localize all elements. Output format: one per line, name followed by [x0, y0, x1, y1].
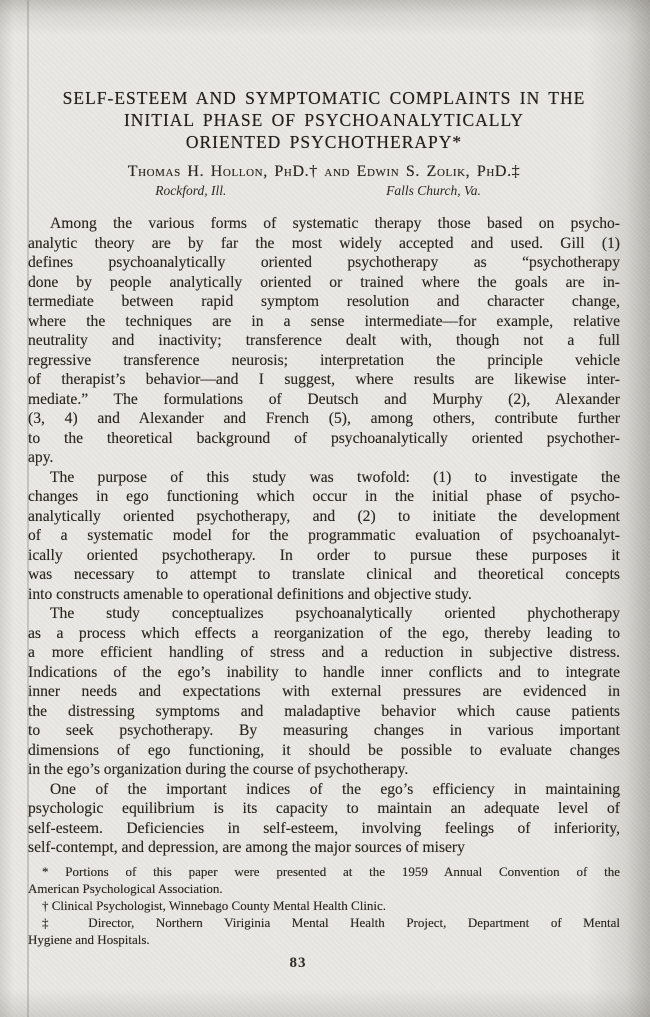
text-line: ‡ Director, Northern Viriginia Mental He… — [28, 914, 620, 931]
text-line: regressive transference neurosis; interp… — [28, 351, 620, 371]
text-line: done by people analytically oriented or … — [28, 273, 620, 293]
text-line: of a systematic model for the programmat… — [28, 526, 620, 546]
text-line: Among the various forms of systematic th… — [28, 214, 620, 234]
text-line: where the techniques are in a sense inte… — [28, 312, 620, 332]
page-number: 83 — [2, 955, 594, 972]
text-line: defines psychoanalytically oriented psyc… — [28, 253, 620, 273]
affiliation-right: Falls Church, Va. — [386, 182, 481, 199]
text-line: to seek psychotherapy. By measuring chan… — [28, 721, 620, 741]
body-text: Among the various forms of systematic th… — [28, 214, 620, 858]
footnote: * Portions of this paper were presented … — [28, 863, 620, 897]
text-line: termediate between rapid symptom resolut… — [28, 292, 620, 312]
text-line: into constructs amenable to operational … — [28, 585, 620, 605]
scanned-paper-page: SELF-ESTEEM AND SYMPTOMATIC COMPLAINTS I… — [0, 0, 650, 1017]
text-line: † Clinical Psychologist, Winnebago Count… — [28, 897, 620, 914]
text-line: * Portions of this paper were presented … — [28, 863, 620, 880]
text-line: analytically oriented psychotherapy, and… — [28, 507, 620, 527]
text-line: ically oriented psychotherapy. In order … — [28, 546, 620, 566]
text-line: neutrality and inactivity; transference … — [28, 331, 620, 351]
paragraph: The purpose of this study was twofold: (… — [28, 468, 620, 605]
text-line: American Psychological Association. — [28, 880, 620, 897]
title-line: ORIENTED PSYCHOTHERAPY* — [28, 131, 620, 153]
title-line: SELF-ESTEEM AND SYMPTOMATIC COMPLAINTS I… — [28, 87, 620, 109]
text-line: to the theoretical background of psychoa… — [28, 429, 620, 449]
footnotes: * Portions of this paper were presented … — [28, 863, 620, 948]
text-line: The purpose of this study was twofold: (… — [28, 468, 620, 488]
footnote: † Clinical Psychologist, Winnebago Count… — [28, 897, 620, 914]
paragraph: The study conceptualizes psychoanalytica… — [28, 604, 620, 780]
text-line: in the ego’s organization during the cou… — [28, 760, 620, 780]
text-line: Hygiene and Hospitals. — [28, 931, 620, 948]
page-content: SELF-ESTEEM AND SYMPTOMATIC COMPLAINTS I… — [28, 0, 620, 972]
text-line: apy. — [28, 448, 620, 468]
title-line: INITIAL PHASE OF PSYCHOANALYTICALLY — [28, 109, 620, 131]
text-line: self-esteem. Deficiencies in self-esteem… — [28, 819, 620, 839]
text-line: dimensions of ego functioning, it should… — [28, 741, 620, 761]
paragraph: Among the various forms of systematic th… — [28, 214, 620, 468]
text-line: Indications of the ego’s inability to ha… — [28, 663, 620, 683]
paper-title: SELF-ESTEEM AND SYMPTOMATIC COMPLAINTS I… — [28, 87, 620, 153]
text-line: inner needs and expectations with extern… — [28, 682, 620, 702]
text-line: mediate.” The formulations of Deutsch an… — [28, 390, 620, 410]
footnote: ‡ Director, Northern Viriginia Mental He… — [28, 914, 620, 948]
authors-line: Thomas H. Hollon, PhD.† and Edwin S. Zol… — [28, 162, 620, 181]
text-line: analytic theory are by far the most wide… — [28, 234, 620, 254]
text-line: of therapist’s behavior—and I suggest, w… — [28, 370, 620, 390]
text-line: One of the important indices of the ego’… — [28, 780, 620, 800]
affiliation-left: Rockford, Ill. — [155, 182, 226, 199]
text-line: (3, 4) and Alexander and French (5), amo… — [28, 409, 620, 429]
text-line: The study conceptualizes psychoanalytica… — [28, 604, 620, 624]
text-line: was necessary to attempt to translate cl… — [28, 565, 620, 585]
text-line: psychologic equilibrium is its capacity … — [28, 799, 620, 819]
text-line: self-contempt, and depression, are among… — [28, 838, 620, 858]
text-line: as a process which effects a reorganizat… — [28, 624, 620, 644]
affiliations-row: Rockford, Ill. Falls Church, Va. — [28, 182, 620, 199]
text-line: changes in ego functioning which occur i… — [28, 487, 620, 507]
text-line: a more efficient handling of stress and … — [28, 643, 620, 663]
paragraph: One of the important indices of the ego’… — [28, 780, 620, 858]
text-line: the distressing symptoms and maladaptive… — [28, 702, 620, 722]
